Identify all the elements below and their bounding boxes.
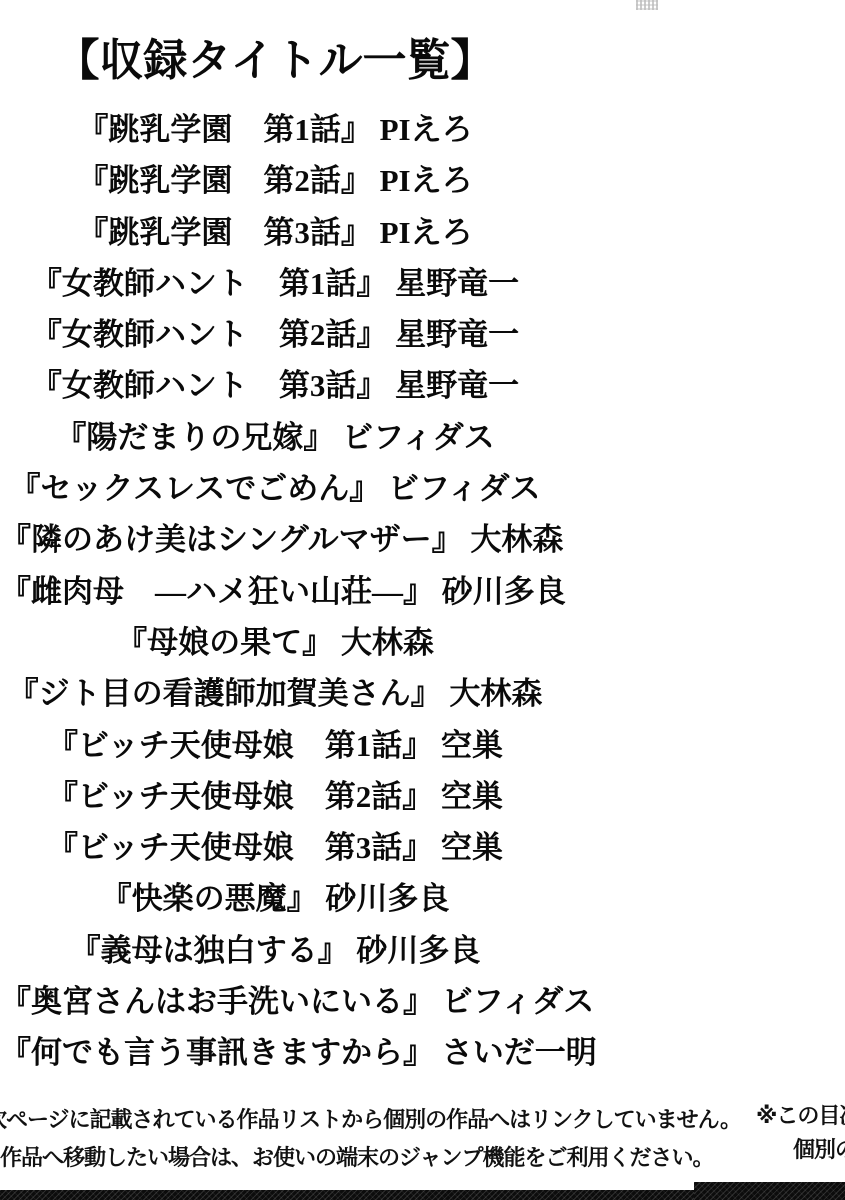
title-entry: 『セックスレスでごめん』 ビフィダス [0,463,550,514]
title-entry: 『雌肉母 ―ハメ狂い山荘―』 砂川多良 [0,566,550,617]
title-entry: 『ジト目の看護師加賀美さん』 大林森 [0,668,550,719]
title-entry: 『跳乳学園 第2話』 PIえろ [0,155,550,206]
title-entry: 『隣のあけ美はシングルマザー』 大林森 [0,514,550,565]
footer-note-right: ※この目次 個別の [756,1099,845,1167]
footer-note-right-line2: 個別の [793,1133,845,1167]
title-entry: 『何でも言う事訊きますから』 さいだ一明 [0,1027,550,1078]
title-entry: 『陽だまりの兄嫁』 ビフィダス [0,412,550,463]
scan-artifact-dots [636,0,658,10]
footer-note-left-line1: 次ページに記載されている作品リストから個別の作品へはリンクしていません。 [0,1101,741,1139]
title-entry: 『ビッチ天使母娘 第3話』 空巣 [0,822,550,873]
title-entry: 『女教師ハント 第2話』 星野竜一 [0,309,550,360]
page-title: 【収録タイトル一覧】 [0,35,550,87]
bottom-bar-right [694,1182,845,1200]
title-entry: 『跳乳学園 第1話』 PIえろ [0,104,550,155]
title-entry: 『奥宮さんはお手洗いにいる』 ビフィダス [0,976,550,1027]
toc-page: 【収録タイトル一覧】 『跳乳学園 第1話』 PIえろ 『跳乳学園 第2話』 PI… [0,0,845,1200]
bottom-bar-left [0,1190,694,1200]
title-entry: 『女教師ハント 第3話』 星野竜一 [0,360,550,411]
footer-note-right-line1: ※この目次 [756,1099,845,1133]
title-entry: 『ビッチ天使母娘 第2話』 空巣 [0,771,550,822]
title-entry: 『母娘の果て』 大林森 [0,617,550,668]
footer-note-left: 次ページに記載されている作品リストから個別の作品へはリンクしていません。 作品へ… [0,1101,741,1177]
title-entry: 『義母は独白する』 砂川多良 [0,925,550,976]
title-entry: 『跳乳学園 第3話』 PIえろ [0,207,550,258]
title-entry: 『女教師ハント 第1話』 星野竜一 [0,258,550,309]
title-list: 『跳乳学園 第1話』 PIえろ 『跳乳学園 第2話』 PIえろ 『跳乳学園 第3… [0,104,550,1079]
title-entry: 『快楽の悪魔』 砂川多良 [0,873,550,924]
title-entry: 『ビッチ天使母娘 第1話』 空巣 [0,720,550,771]
footer-note-left-line2: 作品へ移動したい場合は、お使いの端末のジャンプ機能をご利用ください。 [0,1139,741,1177]
